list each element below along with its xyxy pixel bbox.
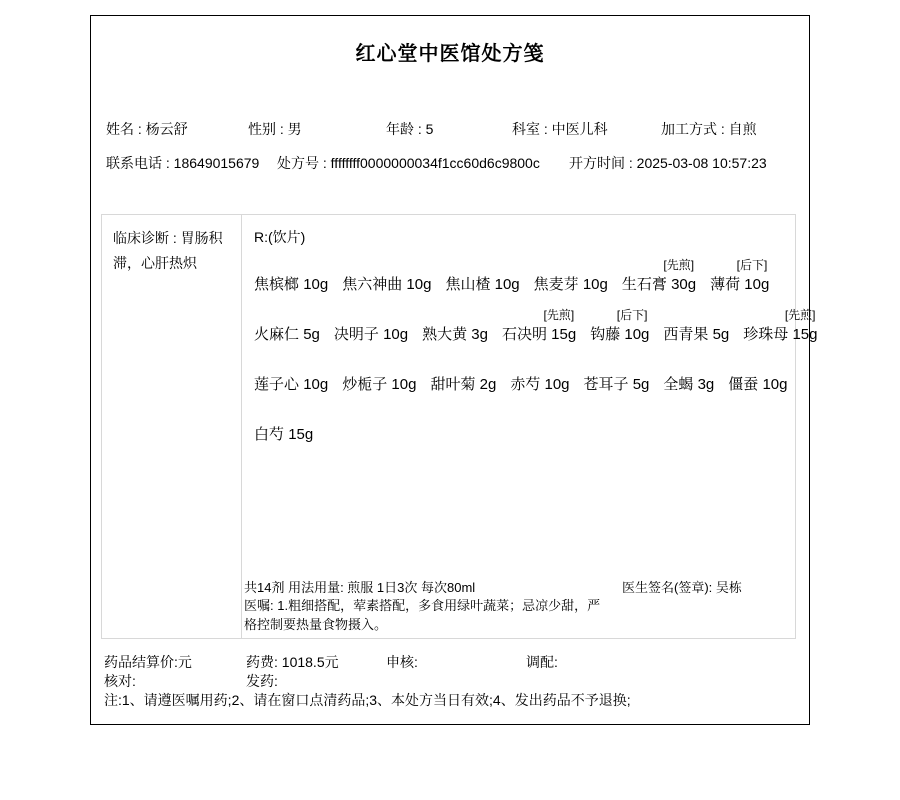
decoction-tag: [728, 356, 787, 374]
fee-field: 药费: 1018.5元: [246, 652, 339, 672]
medicine-dose: 5g: [713, 326, 730, 343]
medicine-item: 全蝎 3g: [663, 356, 714, 395]
medicine-dose: 15g: [551, 326, 576, 343]
medicine-name: 全蝎: [663, 376, 693, 393]
medicine-item: 焦山楂 10g: [445, 256, 519, 295]
field-sex-value: 男: [288, 121, 302, 137]
medicine-item: 赤芍 10g: [510, 356, 569, 395]
medicine-dose: 3g: [471, 326, 488, 343]
clinical-diagnosis-label: 临床诊断: [113, 230, 169, 246]
page-title: 红心堂中医馆处方笺: [91, 37, 809, 66]
field-rx-time-value: 2025-03-08 10:57:23: [637, 155, 767, 171]
field-rx-time: 开方时间 : 2025-03-08 10:57:23: [569, 153, 767, 173]
decoction-tag: [254, 356, 328, 374]
doctor-advice: 医嘱: 1.粗细搭配，荤素搭配，多食用绿叶蔬菜；忌凉少甜，严格控制要热量食物摄入…: [244, 596, 602, 634]
field-phone-value: 18649015679: [174, 155, 260, 171]
field-name: 姓名 : 杨云舒: [106, 119, 188, 139]
separator: :: [169, 230, 181, 246]
field-rx-number-label: 处方号: [277, 155, 319, 171]
medicine-dose: 10g: [391, 376, 416, 393]
separator: :: [414, 121, 426, 137]
separator: :: [162, 155, 174, 171]
medicine-item: 炒栀子 10g: [342, 356, 416, 395]
prescription-sheet: 红心堂中医馆处方笺 姓名 : 杨云舒 性别 : 男 年龄 : 5 科室 : 中医…: [90, 15, 810, 725]
separator: :: [717, 121, 729, 137]
medicine-dose: 10g: [303, 376, 328, 393]
rx-row: 莲子心 10g 炒栀子 10g 甜叶菊 2g 赤芍 10g 苍耳子 5g 全蝎 …: [254, 349, 791, 399]
decoction-tag: [254, 406, 313, 424]
decoction-tag: [先煎]: [743, 306, 817, 324]
medicine-name: 薄荷: [710, 276, 740, 293]
medicine-dose: 30g: [671, 276, 696, 293]
medicine-name: 熟大黄: [422, 326, 467, 343]
medicine-item: 熟大黄 3g: [422, 306, 488, 345]
medicine-item: 甜叶菊 2g: [430, 356, 496, 395]
rx-column: R:(饮片) 焦槟榔 10g 焦六神曲 10g 焦山楂 10g 焦麦芽 10g …: [242, 215, 795, 638]
field-phone-label: 联系电话: [106, 155, 162, 171]
medicine-item: [后下]钩藤 10g: [590, 306, 649, 345]
field-age-value: 5: [426, 121, 434, 137]
dispense-field: 发药:: [246, 671, 278, 691]
decoction-tag: [510, 356, 569, 374]
medicine-dose: 15g: [792, 326, 817, 343]
medicine-name: 珍珠母: [743, 326, 788, 343]
decoction-tag: [584, 356, 650, 374]
medicine-name: 莲子心: [254, 376, 299, 393]
rx-row: 焦槟榔 10g 焦六神曲 10g 焦山楂 10g 焦麦芽 10g [先煎]生石膏…: [254, 249, 791, 299]
field-department: 科室 : 中医儿科: [512, 119, 608, 139]
medicine-dose: 5g: [633, 376, 650, 393]
decoction-tag: [342, 256, 431, 274]
separator: :: [276, 121, 288, 137]
decoction-tag: [后下]: [710, 256, 769, 274]
medicine-dose: 10g: [744, 276, 769, 293]
settle-price-field: 药品结算价:元: [104, 652, 192, 672]
field-age-label: 年龄: [386, 121, 414, 137]
field-processing: 加工方式 : 自煎: [661, 119, 757, 139]
medicine-name: 生石膏: [622, 276, 667, 293]
decoction-tag: [445, 256, 519, 274]
medicine-name: 甜叶菊: [430, 376, 475, 393]
medicine-item: 火麻仁 5g: [254, 306, 320, 345]
medicine-name: 决明子: [334, 326, 379, 343]
decoction-tag: [先煎]: [622, 256, 696, 274]
medicine-name: 赤芍: [510, 376, 540, 393]
medicine-item: [先煎]生石膏 30g: [622, 256, 696, 295]
medicine-dose: 10g: [583, 276, 608, 293]
medicine-dose: 10g: [406, 276, 431, 293]
medicine-dose: 10g: [383, 326, 408, 343]
decoction-tag: [663, 356, 714, 374]
prepare-field: 调配:: [526, 652, 558, 672]
decoction-tag: [663, 306, 729, 324]
medicine-dose: 2g: [480, 376, 497, 393]
field-sex: 性别 : 男: [248, 119, 302, 139]
separator: :: [625, 155, 637, 171]
field-age: 年龄 : 5: [386, 119, 433, 139]
medicine-dose: 3g: [698, 376, 715, 393]
field-name-value: 杨云舒: [146, 121, 188, 137]
medicine-name: 炒栀子: [342, 376, 387, 393]
decoction-tag: [334, 306, 408, 324]
field-processing-label: 加工方式: [661, 121, 717, 137]
medicine-item: 焦六神曲 10g: [342, 256, 431, 295]
separator: :: [134, 121, 146, 137]
medicine-item: 焦麦芽 10g: [534, 256, 608, 295]
medicine-name: 焦六神曲: [342, 276, 402, 293]
separator: :: [319, 155, 331, 171]
medicine-item: 僵蚕 10g: [728, 356, 787, 395]
field-rx-number: 处方号 : ffffffff0000000034f1cc60d6c9800c: [277, 153, 540, 173]
medicine-name: 苍耳子: [584, 376, 629, 393]
medicine-item: 莲子心 10g: [254, 356, 328, 395]
medicine-dose: 10g: [762, 376, 787, 393]
decoction-tag: [先煎]: [502, 306, 576, 324]
footer-note: 注:1、请遵医嘱用药;2、请在窗口点清药品;3、本处方当日有效;4、发出药品不予…: [104, 690, 631, 710]
clinical-diagnosis: 临床诊断 : 胃肠积滞，心肝热炽: [113, 226, 234, 276]
medicine-name: 石决明: [502, 326, 547, 343]
medicine-dose: 5g: [303, 326, 320, 343]
medicine-name: 焦槟榔: [254, 276, 299, 293]
medicine-name: 白芍: [254, 426, 284, 443]
medicine-name: 西青果: [663, 326, 708, 343]
field-rx-time-label: 开方时间: [569, 155, 625, 171]
medicine-dose: 10g: [624, 326, 649, 343]
medicine-dose: 15g: [288, 426, 313, 443]
medicine-item: 苍耳子 5g: [584, 356, 650, 395]
medicine-dose: 10g: [303, 276, 328, 293]
prescription-page: 红心堂中医馆处方笺 姓名 : 杨云舒 性别 : 男 年龄 : 5 科室 : 中医…: [0, 0, 900, 800]
medicine-name: 焦麦芽: [534, 276, 579, 293]
medicine-item: 西青果 5g: [663, 306, 729, 345]
medicine-dose: 10g: [495, 276, 520, 293]
medicine-item: 决明子 10g: [334, 306, 408, 345]
medicine-dose: 10g: [545, 376, 570, 393]
medicine-item: 焦槟榔 10g: [254, 256, 328, 295]
field-sex-label: 性别: [248, 121, 276, 137]
rx-header: R:(饮片): [254, 227, 305, 247]
rx-row: 白芍 15g: [254, 399, 791, 449]
check-field: 核对:: [104, 671, 136, 691]
field-department-value: 中医儿科: [552, 121, 608, 137]
decoction-tag: [430, 356, 496, 374]
rx-row: 火麻仁 5g 决明子 10g 熟大黄 3g [先煎]石决明 15g [后下]钩藤…: [254, 299, 791, 349]
diagnosis-column: 临床诊断 : 胃肠积滞，心肝热炽: [102, 215, 242, 638]
decoction-tag: [534, 256, 608, 274]
medicine-name: 火麻仁: [254, 326, 299, 343]
decoction-tag: [后下]: [590, 306, 649, 324]
field-department-label: 科室: [512, 121, 540, 137]
rx-rows: 焦槟榔 10g 焦六神曲 10g 焦山楂 10g 焦麦芽 10g [先煎]生石膏…: [254, 249, 791, 449]
separator: :: [540, 121, 552, 137]
medicine-item: [后下]薄荷 10g: [710, 256, 769, 295]
decoction-tag: [254, 306, 320, 324]
review-field: 申核:: [386, 652, 418, 672]
medicine-item: [先煎]石决明 15g: [502, 306, 576, 345]
medicine-item: 白芍 15g: [254, 406, 313, 445]
field-rx-number-value: ffffffff0000000034f1cc60d6c9800c: [331, 155, 540, 171]
medicine-item: [先煎]珍珠母 15g: [743, 306, 817, 345]
medicine-name: 焦山楂: [445, 276, 490, 293]
decoction-tag: [254, 256, 328, 274]
decoction-tag: [422, 306, 488, 324]
field-name-label: 姓名: [106, 121, 134, 137]
decoction-tag: [342, 356, 416, 374]
prescription-box: 临床诊断 : 胃肠积滞，心肝热炽 R:(饮片) 焦槟榔 10g 焦六神曲 10g…: [101, 214, 796, 639]
medicine-name: 僵蚕: [728, 376, 758, 393]
usage-line: 共14剂 用法用量: 煎服 1日3次 每次80ml: [244, 577, 475, 596]
field-phone: 联系电话 : 18649015679: [106, 153, 259, 173]
field-processing-value: 自煎: [729, 121, 757, 137]
medicine-name: 钩藤: [590, 326, 620, 343]
doctor-signature: 医生签名(签章): 吴栋: [622, 577, 742, 596]
